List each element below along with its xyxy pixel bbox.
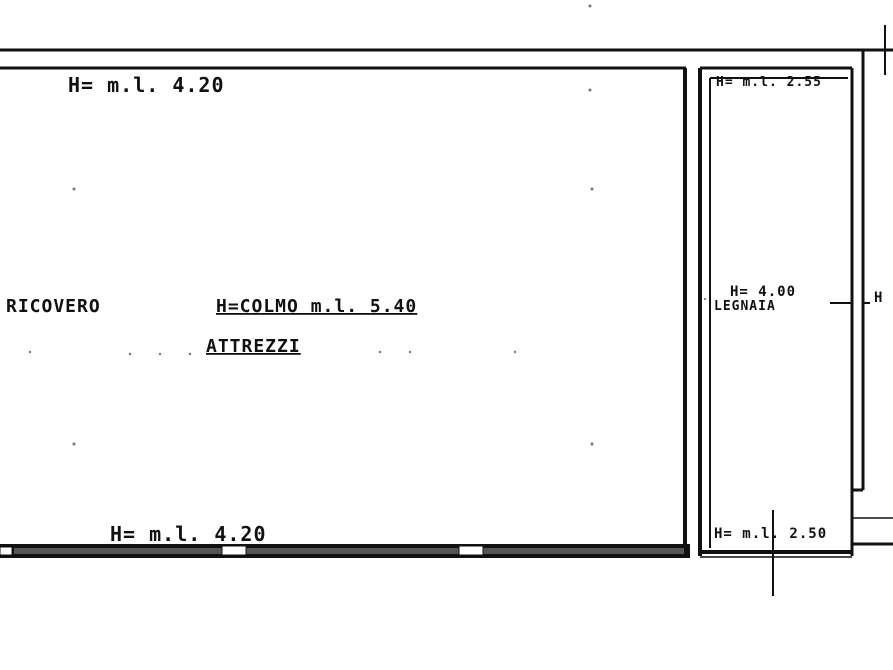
main-room-ridge-height: H=COLMO m.l. 5.40 — [216, 296, 417, 317]
window-opening — [222, 546, 246, 555]
floor-plan: H= m.l. 4.20 RICOVERO H=COLMO m.l. 5.40 … — [0, 0, 893, 670]
bottom-wall — [0, 544, 852, 558]
window-opening — [0, 547, 12, 555]
grid-dots — [29, 5, 594, 446]
side-room-height-top: H= m.l. 2.55 — [716, 75, 822, 90]
main-room-walls — [685, 68, 700, 556]
right-axis-marks — [877, 25, 893, 75]
main-room-height-top: H= m.l. 4.20 — [68, 73, 225, 97]
side-room-height-mid: H= 4.00 — [730, 284, 796, 300]
top-wall — [0, 50, 893, 68]
side-room-name: LEGNAIA — [714, 299, 776, 314]
main-room-name: RICOVERO — [6, 296, 101, 317]
right-room-partial-label: H — [874, 290, 883, 306]
main-room-use: ATTREZZI — [206, 336, 301, 357]
main-room-height-bottom: H= m.l. 4.20 — [110, 522, 267, 546]
side-room-height-bottom: H= m.l. 2.50 — [714, 526, 827, 542]
window-opening — [459, 546, 483, 555]
